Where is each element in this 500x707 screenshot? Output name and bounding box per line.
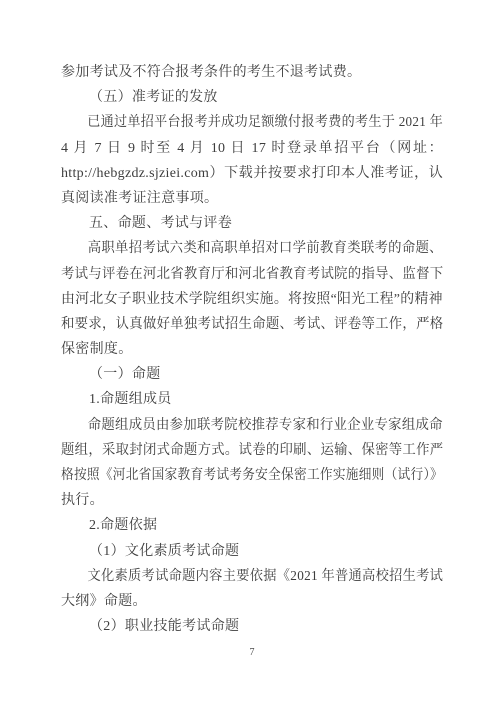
document-page: 参加考试及不符合报考条件的考生不退考试费。（五）准考证的发放已通过单招平台报考并… <box>0 0 500 707</box>
section-heading: 五、命题、考试与评卷 <box>61 211 443 236</box>
paragraph-line: 题组，采取封闭式命题方式。试卷的印刷、运输、保密等工作严 <box>61 438 426 463</box>
document-body: 参加考试及不符合报考条件的考生不退考试费。（五）准考证的发放已通过单招平台报考并… <box>61 60 443 639</box>
paragraph-line: 考试与评卷在河北省教育厅和河北省教育考试院的指导、监督下 <box>61 262 426 287</box>
paragraph-line: 和要求，认真做好单独考试招生命题、考试、评卷等工作，严格 <box>61 312 426 337</box>
page-number: 7 <box>61 645 443 660</box>
paragraph-line: 保密制度。 <box>61 337 443 362</box>
paragraph-line: 文化素质考试命题内容主要依据《2021 年普通高校招生考试 <box>61 564 422 589</box>
list-item-heading: 2.命题依据 <box>61 513 443 538</box>
paragraph-line: 已通过单招平台报考并成功足额缴付报考费的考生于 2021 年 <box>61 110 419 135</box>
paragraph-line: 参加考试及不符合报考条件的考生不退考试费。 <box>61 60 443 85</box>
paragraph-line: 4 月 7 日 9 时至 4 月 10 日 17 时登录单招平台（网址： <box>61 136 443 161</box>
list-item-heading: （2）职业技能考试命题 <box>61 614 443 639</box>
paragraph-line: 大纲》命题。 <box>61 589 443 614</box>
paragraph-line: 真阅读准考证注意事项。 <box>61 186 443 211</box>
subsection-heading: （一）命题 <box>61 362 443 387</box>
list-item-heading: 1.命题组成员 <box>61 387 443 412</box>
list-item-heading: （1）文化素质考试命题 <box>61 539 443 564</box>
paragraph-line: 由河北女子职业技术学院组织实施。将按照“阳光工程”的精神 <box>61 287 440 312</box>
paragraph-line: 执行。 <box>61 488 443 513</box>
paragraph-line: 命题组成员由参加联考院校推荐专家和行业企业专家组成命 <box>61 413 426 438</box>
paragraph-line: 格按照《河北省国家教育考试考务安全保密工作实施细则（试行）》 <box>61 463 407 488</box>
subsection-heading: （五）准考证的发放 <box>61 85 443 110</box>
paragraph-line-url: http://hebgzdz.sjziei.com）下载并按要求打印本人准考证，… <box>61 161 443 186</box>
paragraph-line: 高职单招考试六类和高职单招对口学前教育类联考的命题、 <box>61 236 426 261</box>
